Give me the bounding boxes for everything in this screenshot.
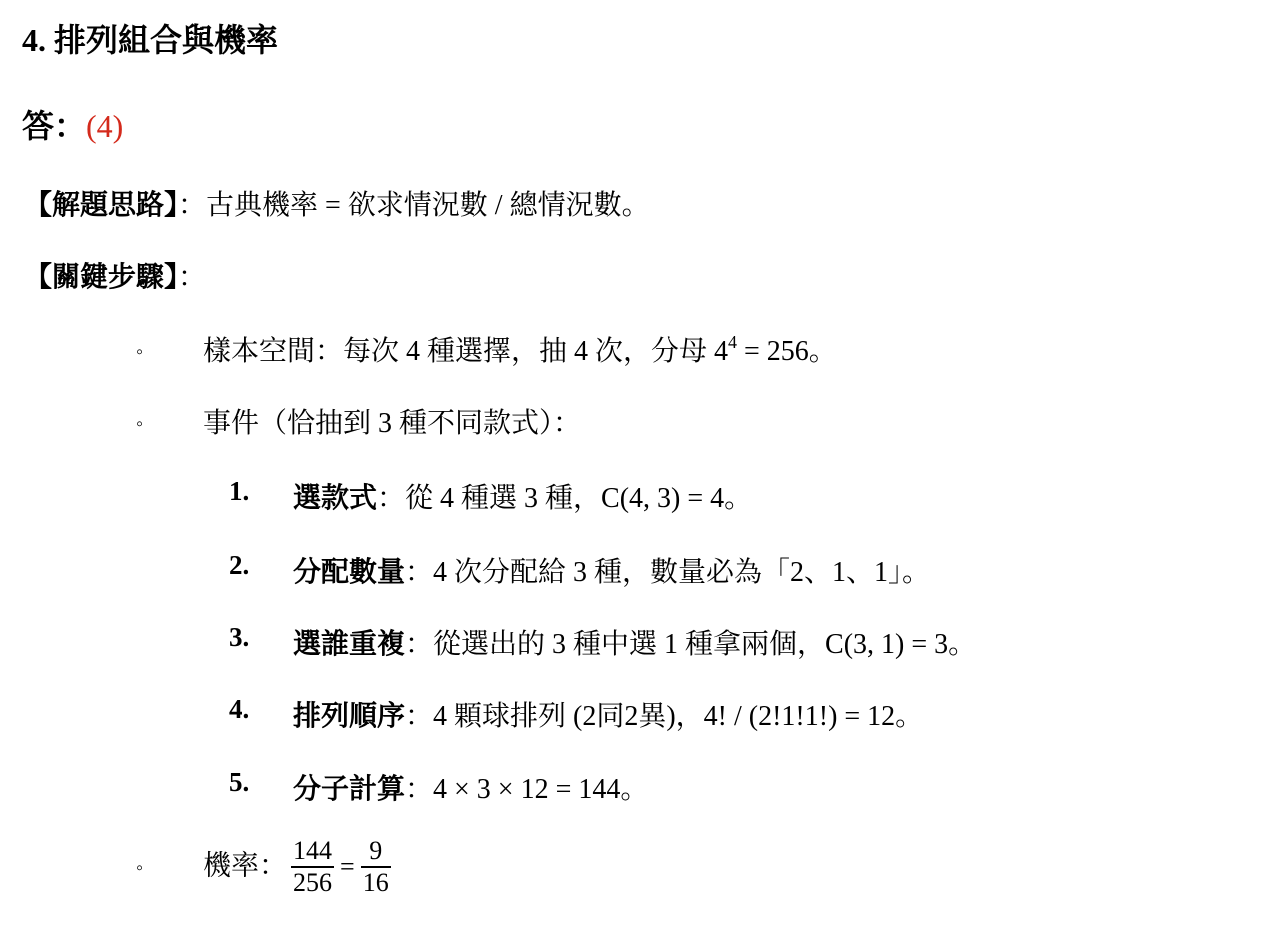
bullet-marker-icon: ◦ [136, 332, 143, 372]
step-number: 4. [229, 694, 249, 725]
approach-text: ：古典機率 = 欲求情況數 / 總情況數。 [178, 190, 650, 221]
step-text: 分配數量：4 次分配給 3 種，數量必為「2、1、1」。 [293, 550, 930, 590]
step-number: 3. [229, 622, 249, 653]
approach-section: 【解題思路】：古典機率 = 欲求情況數 / 總情況數。 [24, 186, 650, 226]
equals-sign: = [340, 852, 355, 881]
key-steps-label: 【關鍵步驟】 [24, 262, 178, 293]
answer-label: 答： [22, 108, 86, 144]
probability-expression: 機率：144256=916 [203, 830, 395, 902]
approach-label: 【解題思路】 [24, 190, 178, 221]
step-text: 選款式：從 4 種選 3 種，C(4, 3) = 4。 [293, 476, 752, 516]
page-title: 4. 排列組合與機率 [22, 18, 278, 62]
bullet-text: 事件（恰抽到 3 種不同款式）： [203, 404, 581, 444]
step-text: 排列順序：4 顆球排列 (2同2異)，4! / (2!1!1!) = 12。 [293, 694, 923, 734]
bullet-text: 樣本空間：每次 4 種選擇，抽 4 次，分母 44 = 256。 [203, 332, 837, 372]
step-number: 5. [229, 767, 249, 798]
key-steps-section: 【關鍵步驟】： [24, 258, 206, 298]
step-number: 2. [229, 550, 249, 581]
fraction-144-256: 144256 [291, 836, 334, 898]
key-steps-colon: ： [178, 262, 206, 293]
step-number: 1. [229, 476, 249, 507]
answer-line: 答：(4) [22, 104, 123, 148]
fraction-9-16: 916 [361, 836, 391, 898]
bullet-probability: ◦ 機率：144256=916 [0, 830, 1276, 900]
bullet-marker-icon: ◦ [136, 404, 143, 444]
exponent: 4 [728, 332, 737, 352]
bullet-marker-icon: ◦ [136, 848, 143, 888]
answer-value: (4) [86, 108, 123, 144]
step-text: 選誰重複：從選出的 3 種中選 1 種拿兩個，C(3, 1) = 3。 [293, 622, 976, 662]
probability-label: 機率： [203, 851, 287, 882]
step-text: 分子計算：4 × 3 × 12 = 144。 [293, 767, 648, 807]
